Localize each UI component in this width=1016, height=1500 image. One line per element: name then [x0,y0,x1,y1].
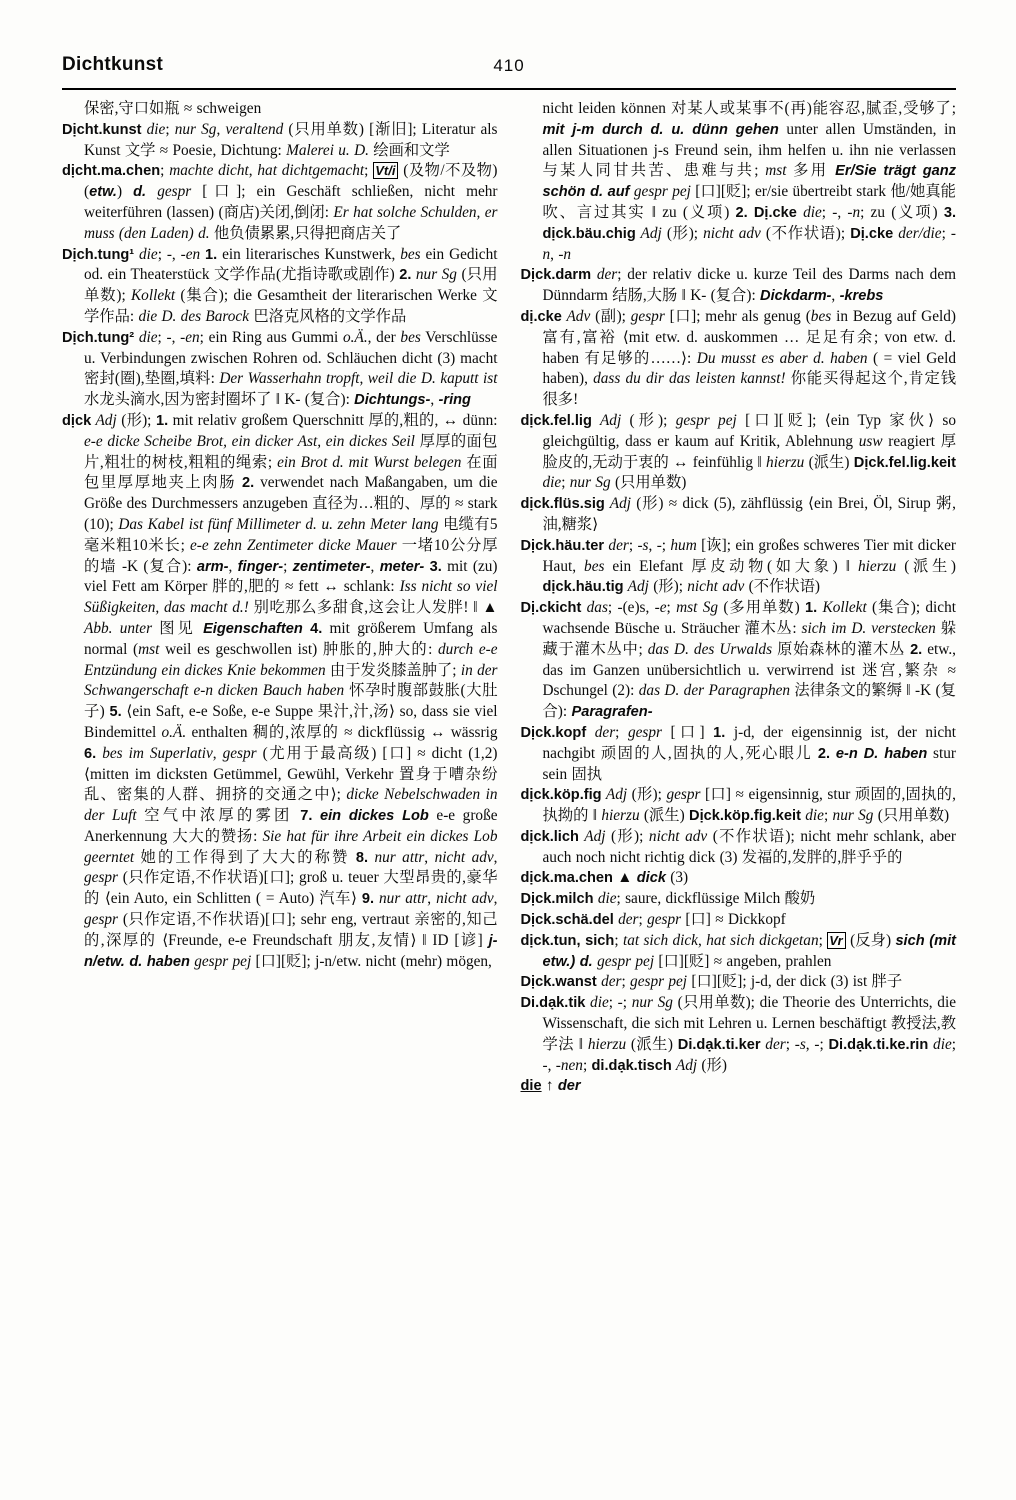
dictionary-entry: dịck.ma.chen ▲ dick (3) [521,868,957,889]
dictionary-page: Dichtkunst 410 保密,守口如瓶 ≈ schweigenDịcht.… [0,0,1016,1097]
dictionary-entry: nicht leiden können 对某人或某事不(再)能容忍,腻歪,受够了… [521,99,957,265]
dictionary-entry: 保密,守口如瓶 ≈ schweigen [62,99,498,120]
dictionary-entry: dịck Adj (形); 1. mit relativ großem Quer… [62,411,498,973]
column-left: 保密,守口如瓶 ≈ schweigenDịcht.kunst die; nur … [62,99,498,1097]
columns: 保密,守口如瓶 ≈ schweigenDịcht.kunst die; nur … [62,99,956,1097]
dictionary-entry: dịck.köp.fig Adj (形); gespr [口] ≈ eigens… [521,785,957,827]
dictionary-entry: Dị.ckicht das; -(e)s, -e; mst Sg (多用单数) … [521,598,957,723]
page-header: Dichtkunst 410 [62,54,956,84]
dictionary-entry: dịck.fel.lig Adj (形); gespr pej [口][贬]; … [521,411,957,494]
dictionary-entry: Dịck.milch die; saure, dickflüssige Milc… [521,889,957,910]
dictionary-entry: Dịch.tung¹ die; -, -en 1. ein literarisc… [62,245,498,328]
dictionary-entry: Dịch.tung² die; -, -en; ein Ring aus Gum… [62,328,498,411]
dictionary-entry: Di.dạk.tik die; -; nur Sg (只用单数); die Th… [521,993,957,1076]
dictionary-entry: dịck.tun, sich; tat sich dick, hat sich … [521,931,957,973]
dictionary-entry: dị.cke Adv (副); gespr [口]; mehr als genu… [521,307,957,411]
dictionary-entry: dịcht.ma.chen; machte dicht, hat dichtge… [62,161,498,244]
dictionary-entry: Dịck.kopf der; gespr [口] 1. j-d, der eig… [521,723,957,785]
dictionary-entry: dịck.flüs.sig Adj (形) ≈ dick (5), zähflü… [521,494,957,536]
dictionary-entry: die ↑ der [521,1076,957,1097]
page-number: 410 [62,56,956,76]
dictionary-entry: Dịck.wanst der; gespr pej [口][贬]; j-d, d… [521,972,957,993]
dictionary-entry: Dịck.darm der; der relativ dicke u. kurz… [521,265,957,307]
column-right: nicht leiden können 对某人或某事不(再)能容忍,腻歪,受够了… [521,99,957,1097]
dictionary-entry: Dịck.häu.ter der; -s, -; hum [诙]; ein gr… [521,536,957,598]
dictionary-entry: Dịck.schä.del der; gespr [口] ≈ Dickkopf [521,910,957,931]
dictionary-entry: Dịcht.kunst die; nur Sg, veraltend (只用单数… [62,120,498,162]
header-rule [62,88,956,90]
dictionary-entry: dịck.lich Adj (形); nicht adv (不作状语); nic… [521,827,957,869]
